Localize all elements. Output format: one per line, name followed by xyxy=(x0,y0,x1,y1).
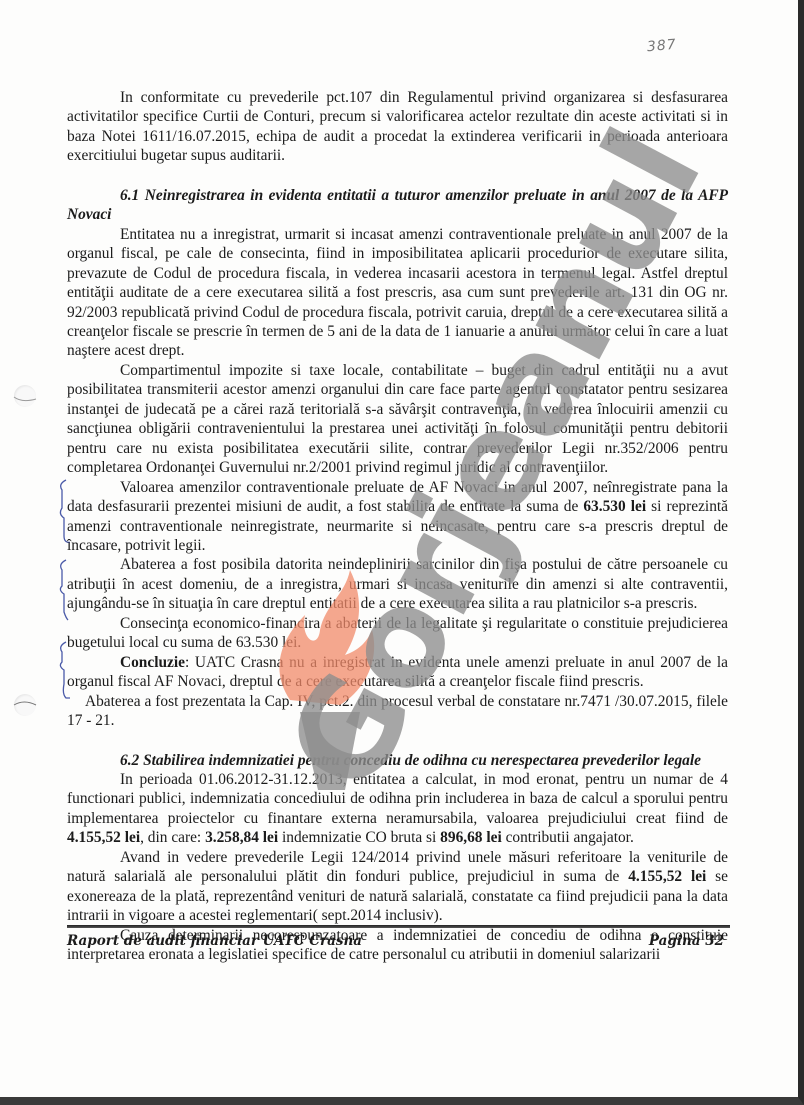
section-6-1-paragraph-5: Consecinţa economico-financira a abateri… xyxy=(67,614,728,653)
section-6-2-paragraph-3: Cauza determinarii necorespunzatoare a i… xyxy=(67,926,728,965)
section-6-2-paragraph-2: Avand in vedere prevederile Legii 124/20… xyxy=(67,848,728,926)
amount-contributions: 896,68 lei xyxy=(440,829,502,846)
text-run: contributii angajator. xyxy=(502,829,634,846)
text-run: indemnizatie CO bruta si xyxy=(278,829,440,846)
text-run: , din care: xyxy=(140,829,205,846)
section-6-2-paragraph-1: In perioada 01.06.2012-31.12.2013, entit… xyxy=(67,770,728,848)
section-6-1-paragraph-4: Abaterea a fost posibila datorita neinde… xyxy=(67,555,728,613)
section-6-1-conclusion: Concluzie: UATC Crasna nu a inregistrat … xyxy=(67,653,728,692)
conclusion-label: Concluzie xyxy=(120,654,185,671)
text-run: In perioada 01.06.2012-31.12.2013, entit… xyxy=(67,771,728,827)
intro-paragraph: In conformitate cu prevederile pct.107 d… xyxy=(67,88,728,166)
scanned-page: 387 In conformitate cu prevederile pct.1… xyxy=(0,0,804,1105)
section-6-2-heading: 6.2 Stabilirea indemnizatiei pentru conc… xyxy=(67,751,728,770)
handwritten-page-number: 387 xyxy=(646,37,677,56)
section-6-1-heading: 6.1 Neinregistrarea in evidenta entitati… xyxy=(67,186,728,225)
amount-exonerated: 4.155,52 lei xyxy=(628,868,706,885)
document-body: In conformitate cu prevederile pct.107 d… xyxy=(67,88,728,964)
pen-margin-marks-icon xyxy=(0,380,70,720)
section-6-1-paragraph-6: Abaterea a fost prezentata la Cap. IV, p… xyxy=(67,692,728,731)
section-6-1-paragraph-3: Valoarea amenzilor contraventionale prel… xyxy=(67,478,728,556)
amount-co: 3.258,84 lei xyxy=(205,829,278,846)
section-6-1-paragraph-1: Entitatea nu a inregistrat, urmarit si i… xyxy=(67,225,728,361)
amount-total: 4.155,52 lei xyxy=(67,829,140,846)
amount-fines: 63.530 lei xyxy=(583,498,646,515)
section-6-1-paragraph-2: Compartimentul impozite si taxe locale, … xyxy=(67,361,728,478)
